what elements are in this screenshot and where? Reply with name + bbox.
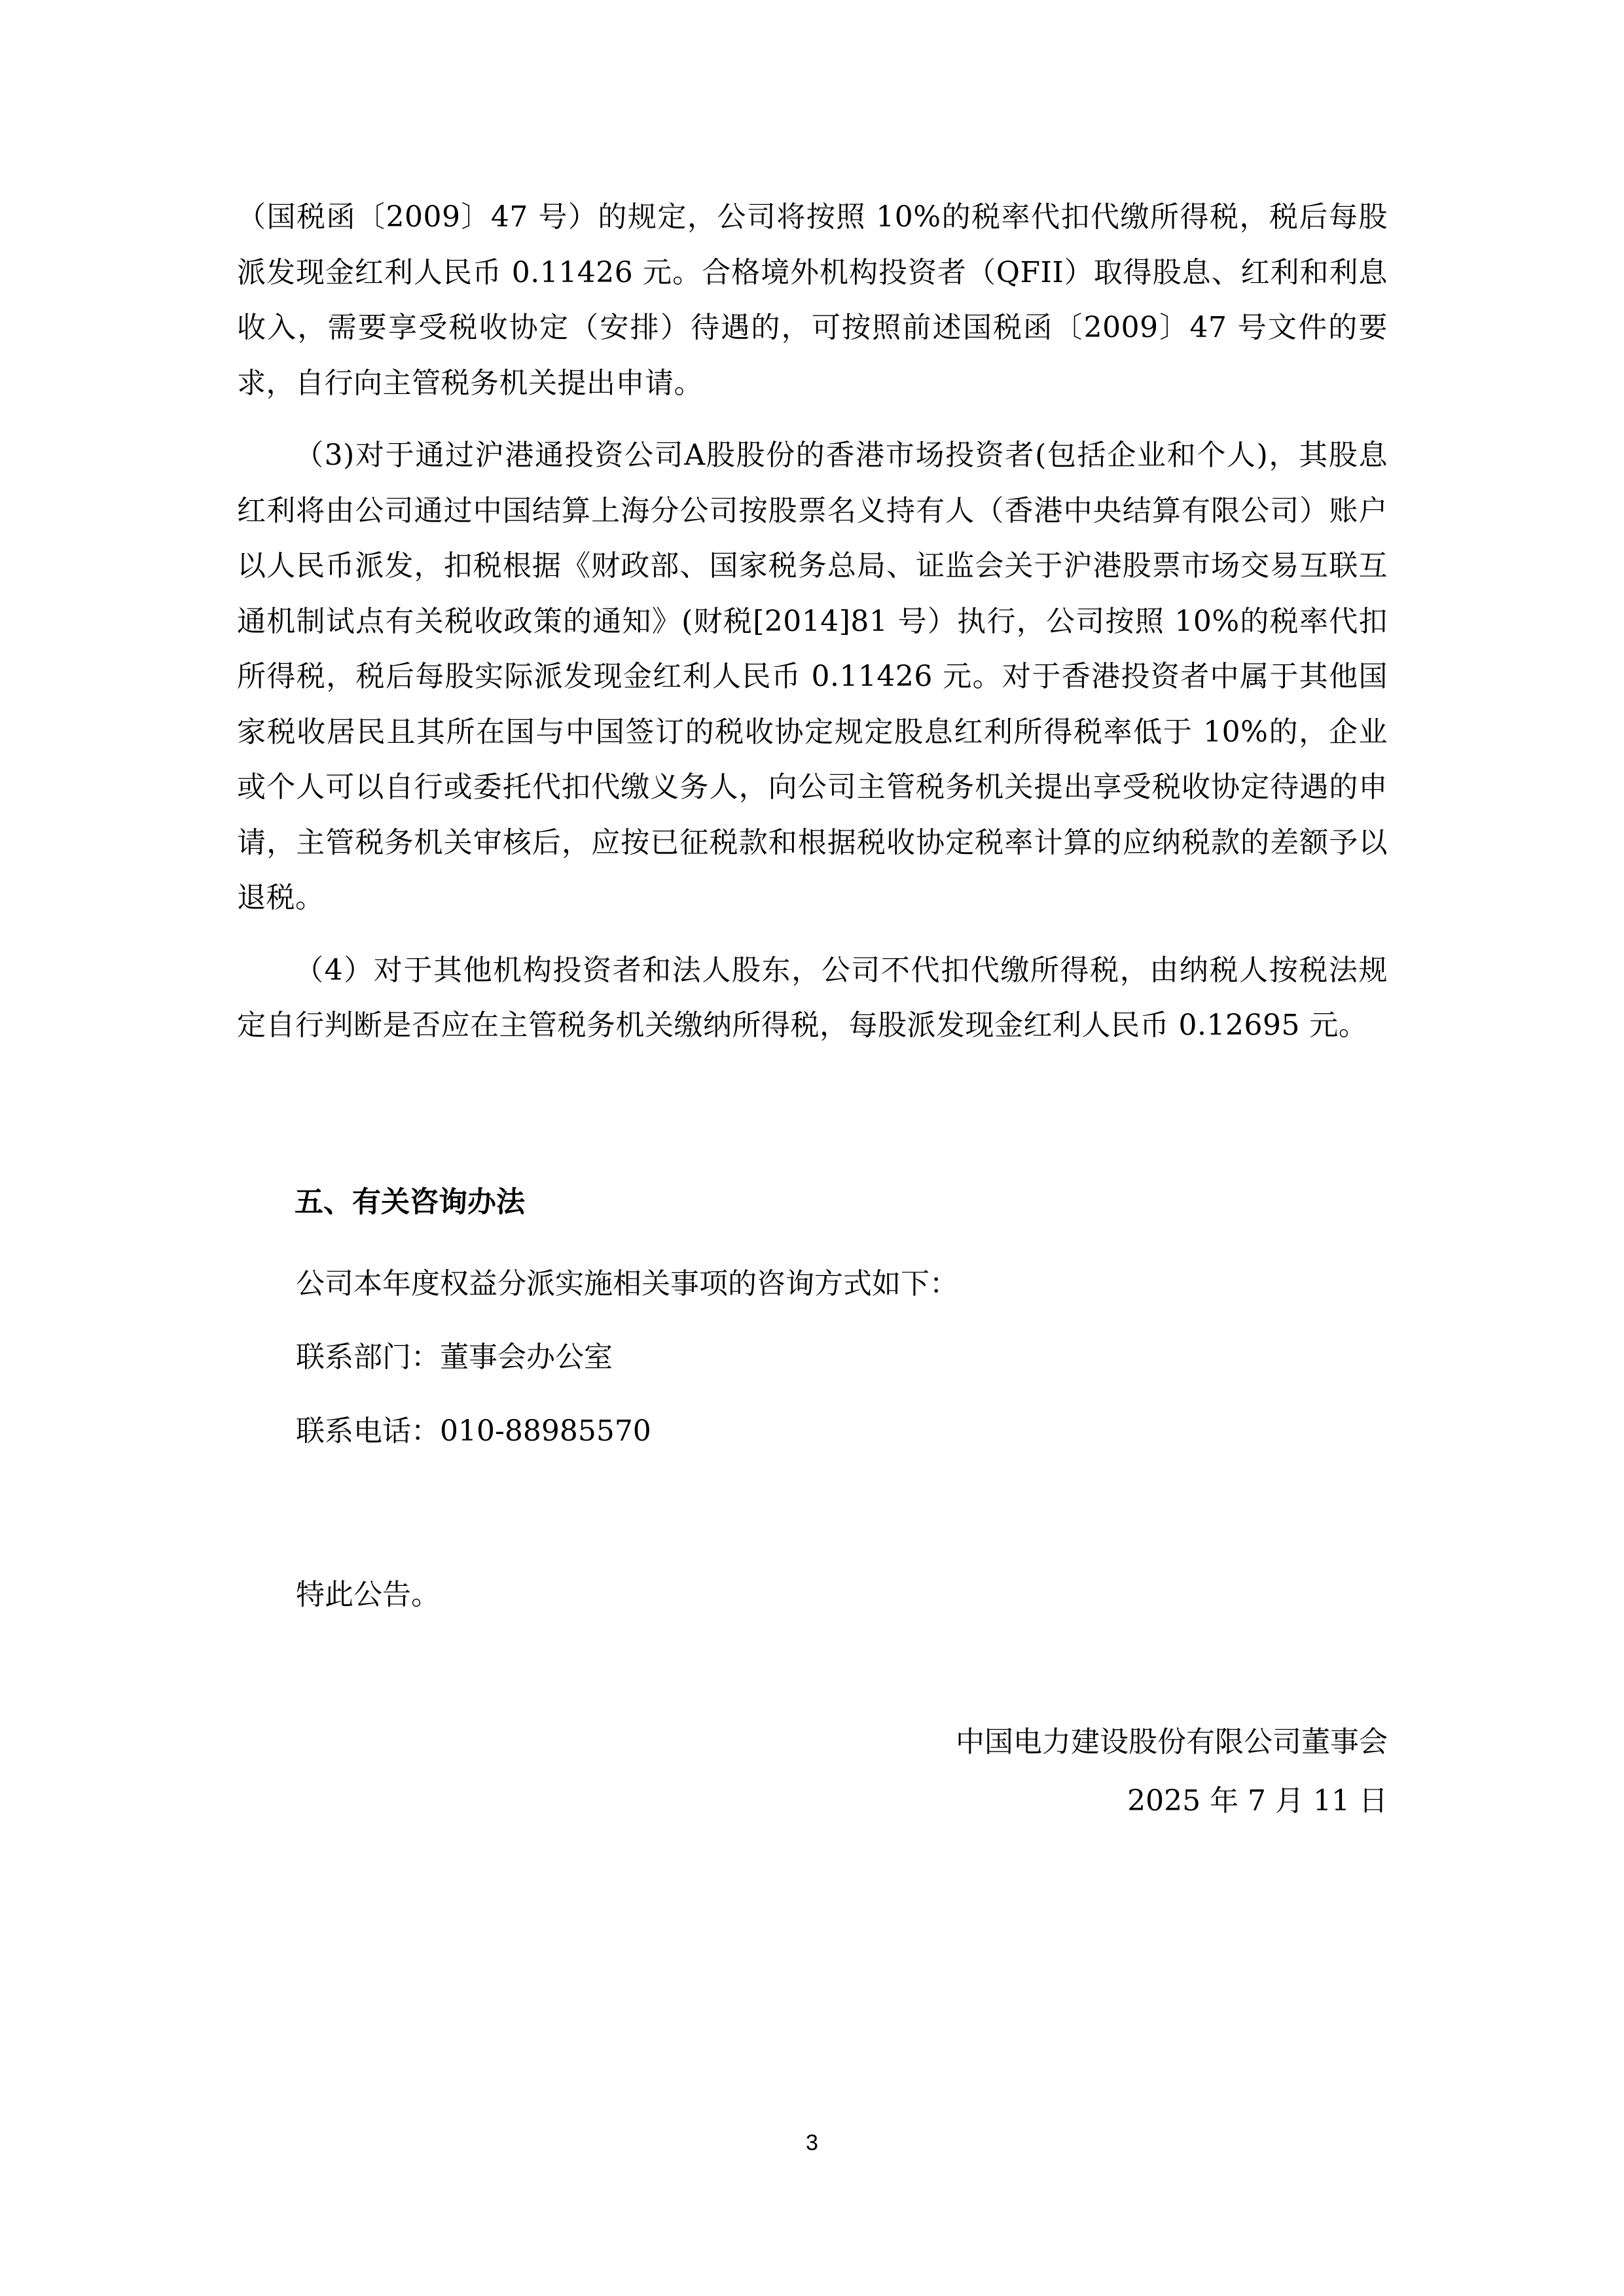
contact-department: 联系部门：董事会办公室 [296,1333,613,1375]
paragraph-item-3: （3)对于通过沪港通投资公司A股股份的香港市场投资者(包括企业和个人)，其股息红… [237,428,1388,926]
closing-statement: 特此公告。 [296,1571,440,1613]
consult-intro: 公司本年度权益分派实施相关事项的咨询方式如下： [296,1260,958,1302]
paragraph-continuation: （国税函〔2009〕47 号）的规定，公司将按照 10%的税率代扣代缴所得税，税… [237,190,1388,411]
contact-phone: 联系电话：010-88985570 [296,1407,651,1449]
document-page: （国税函〔2009〕47 号）的规定，公司将按照 10%的税率代扣代缴所得税，税… [0,0,1624,2296]
body-text: （国税函〔2009〕47 号）的规定，公司将按照 10%的税率代扣代缴所得税，税… [237,190,1388,1054]
page-number: 3 [0,2130,1624,2156]
paragraph-item-4: （4）对于其他机构投资者和法人股东，公司不代扣代缴所得税，由纳税人按税法规定自行… [237,943,1388,1054]
section-heading-consultation: 五、有关咨询办法 [295,1178,525,1220]
announcement-date: 2025 年 7 月 11 日 [1127,1777,1388,1819]
signatory: 中国电力建设股份有限公司董事会 [956,1718,1388,1760]
